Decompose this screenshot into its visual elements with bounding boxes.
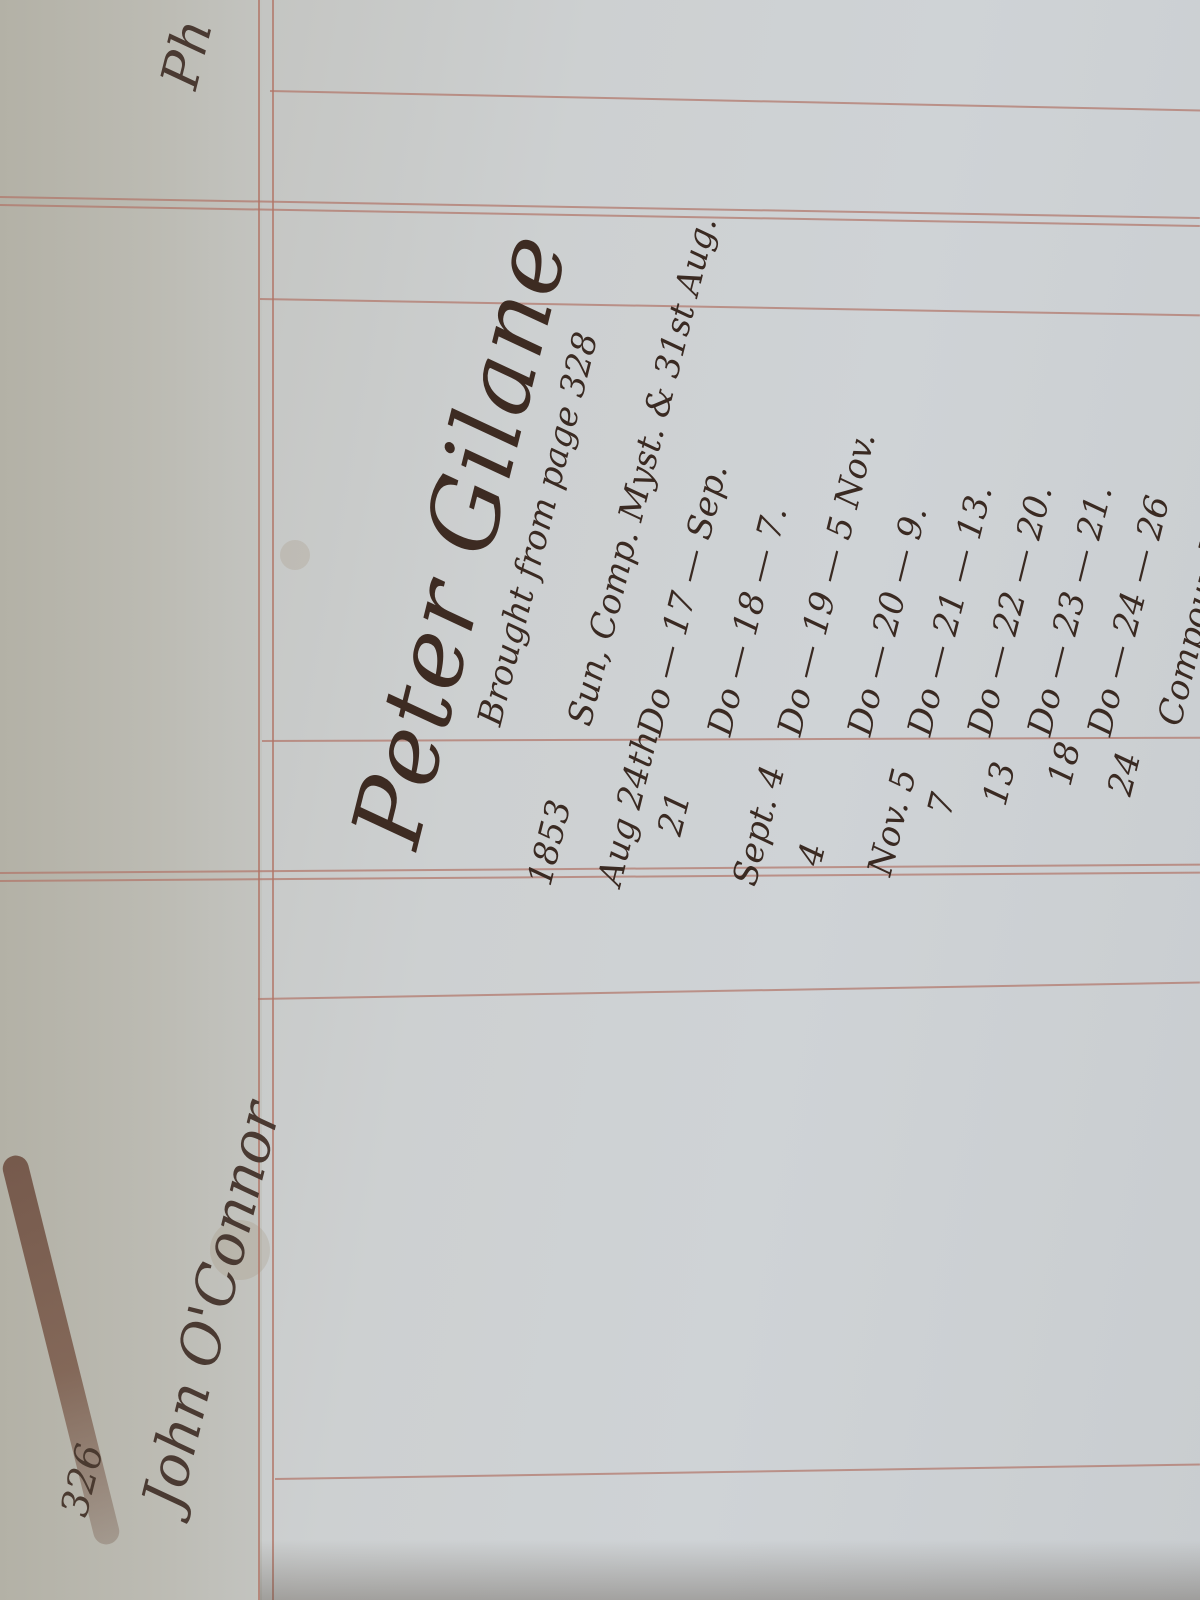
entry-date: 18: [1040, 738, 1089, 790]
margin-rule: [272, 0, 274, 1600]
ruled-line: [270, 90, 1200, 112]
ruled-line: [258, 982, 1200, 1000]
ruled-line: [275, 1463, 1200, 1480]
entry-date: 24: [1100, 748, 1149, 800]
entry-date: 13: [975, 758, 1024, 810]
entry-date: 7: [920, 789, 964, 820]
entry-date: 4: [790, 839, 834, 870]
ruled-line: [260, 298, 1200, 316]
entry-date: Nov. 5: [860, 765, 925, 880]
paper-stain: [280, 540, 310, 570]
ledger-page: Ph 326 John O'Connor Peter Gilane Brough…: [0, 0, 1200, 1600]
entry-date: 21: [650, 788, 699, 840]
page-edge-shadow: [260, 1540, 1200, 1600]
entry-date: Sept. 4: [725, 762, 793, 890]
margin-rule: [258, 0, 260, 1600]
